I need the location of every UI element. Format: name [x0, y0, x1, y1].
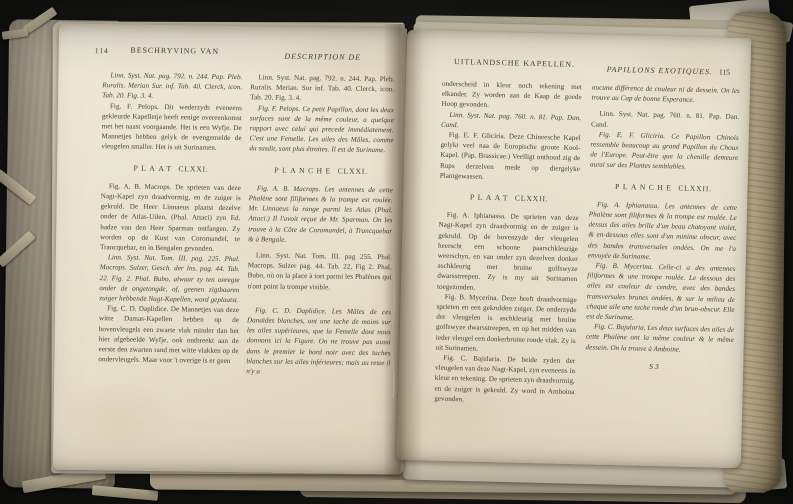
photo-of-open-book: 114 BESCHRYVING VAN DESCRIPTION DE Linn.…: [0, 0, 793, 504]
figure-description: Fig. F. Pelops. Ce petit Papillon, dont …: [249, 103, 394, 156]
right-page-french-column: aucune différence de couleur ni de desse…: [585, 82, 740, 374]
binding-tie: [92, 485, 159, 501]
left-page-french-column: Linn. Syst. Nat. pag. 792. n. 244. Pap. …: [246, 72, 394, 378]
plate-heading-word: PLANCHE: [615, 182, 674, 192]
figure-description: Fig. B. Mycerina. Celle-ci a des antenne…: [586, 260, 735, 325]
right-page: UITLANDSCHE KAPELLEN. PAPILLONS EXOTIQUE…: [397, 30, 751, 468]
plate-heading: PLANCHECLXXII.: [589, 181, 737, 195]
figure-description: Fig. F. Pelops. Dit wederzyds eveneens g…: [101, 101, 242, 154]
reference-paragraph: Linn. Syst. Nat. pag. 792. n. 244. Pap. …: [102, 70, 242, 103]
plate-heading-word: PLANCHE: [274, 165, 333, 175]
figure-description: Fig. B. Mycerina. Deze heeft draadvormig…: [435, 292, 576, 357]
continuation-paragraph: onderscheid in kleur noch tekening met e…: [441, 79, 582, 113]
reference-paragraph: Linn. Syst. Nat. Tom. III. pag. 225. Pha…: [99, 252, 240, 305]
plate-heading-word: PLAAT: [133, 163, 174, 173]
reference-paragraph: Linn. Syst. Nat. pag. 792. n. 244. Pap. …: [250, 72, 394, 105]
figure-description: Fig. A. B. Macrops. Les antennes de cett…: [248, 183, 393, 246]
plate-heading: PLANCHECLXXI.: [249, 165, 393, 177]
figure-description: Fig. A. B. Macrops. De sprieten van deze…: [100, 181, 241, 254]
right-page-dutch-column: onderscheid in kleur noch tekening met e…: [434, 79, 582, 407]
plate-heading: PLAATCLXXI.: [101, 163, 241, 175]
plate-heading-numeral: CLXXI.: [178, 164, 208, 173]
running-title-french-group: PAPILLONS EXOTIQUES. 115: [607, 65, 731, 77]
figure-description: Fig. A. Iphianassa. De sprieten van deze…: [437, 210, 579, 295]
figure-description: Fig. C. D. Daplidice. De Mannetjes van d…: [98, 303, 239, 366]
reference-paragraph: Linn. Syst. Nat. Tom. III. pag 255. Phal…: [247, 250, 392, 293]
figure-description: Fig. E. F. Gliciria. Deze Chineesche Kap…: [440, 130, 581, 184]
running-title-dutch: BESCHRYVING VAN: [130, 46, 219, 56]
figure-description: Fig. C. Bajularia. De beide zyden der vl…: [434, 353, 575, 407]
plate-heading-word: PLAAT: [470, 192, 511, 202]
plate-heading-numeral: CLXXII.: [515, 194, 549, 204]
running-title-french: PAPILLONS EXOTIQUES.: [607, 65, 713, 77]
running-title-french: DESCRIPTION DE: [284, 52, 361, 62]
figure-description: Fig. E. F. Gliciria. Ce Papillon Chinois…: [590, 129, 739, 173]
left-page-dutch-column: Linn. Syst. Nat. pag. 792. n. 244. Pap. …: [98, 70, 242, 366]
plate-heading-numeral: CLXXI.: [338, 166, 368, 175]
figure-description: Fig. C. Bajularia. Les deux surfaces des…: [585, 322, 734, 356]
continuation-paragraph: aucune différence de couleur ni de desse…: [592, 82, 740, 106]
page-number: 114: [95, 46, 109, 55]
figure-description: Fig. C. D. Daplidice. Les Mâles de ces D…: [246, 305, 391, 378]
plate-heading: PLAATCLXXII.: [439, 192, 579, 206]
plate-heading-numeral: CLXXII.: [678, 183, 712, 193]
running-title-dutch: UITLANDSCHE KAPELLEN.: [454, 57, 575, 69]
figure-description: Fig. A. Iphianassa. Les antennes de cett…: [588, 199, 737, 264]
signature-mark: S 3: [649, 362, 733, 374]
page-number: 115: [719, 67, 730, 76]
left-page: 114 BESCHRYVING VAN DESCRIPTION DE Linn.…: [53, 24, 407, 475]
